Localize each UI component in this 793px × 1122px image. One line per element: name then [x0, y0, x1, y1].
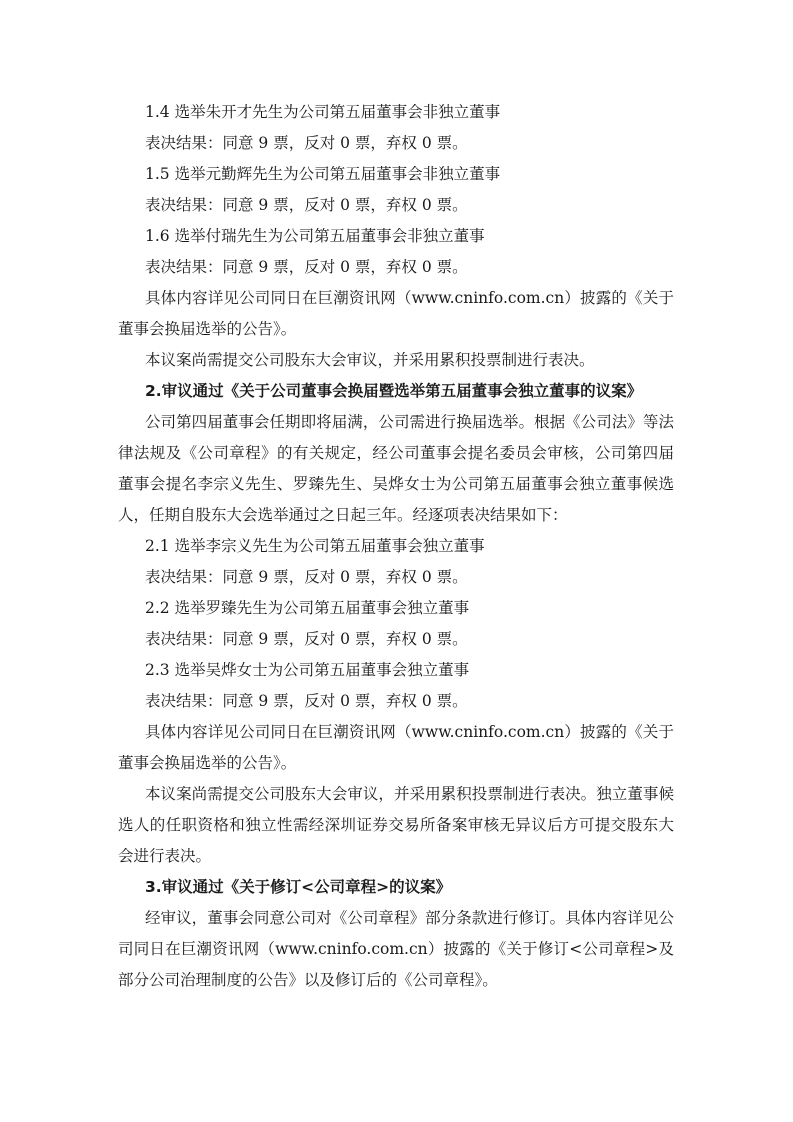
vote-result: 表决结果：同意 9 票，反对 0 票，弃权 0 票。	[118, 128, 674, 159]
vote-item: 2.1 选举李宗义先生为公司第五届董事会独立董事	[118, 531, 674, 562]
note-paragraph: 本议案尚需提交公司股东大会审议，并采用累积投票制进行表决。独立董事候选人的任职资…	[118, 779, 674, 872]
detail-paragraph: 具体内容详见公司同日在巨潮资讯网（www.cninfo.com.cn）披露的《关…	[118, 283, 674, 345]
vote-item: 1.6 选举付瑞先生为公司第五届董事会非独立董事	[118, 221, 674, 252]
vote-item: 2.2 选举罗臻先生为公司第五届董事会独立董事	[118, 593, 674, 624]
section-heading: 2.审议通过《关于公司董事会换届暨选举第五届董事会独立董事的议案》	[118, 376, 674, 407]
intro-paragraph: 公司第四届董事会任期即将届满，公司需进行换届选举。根据《公司法》等法律法规及《公…	[118, 407, 674, 531]
body-paragraph: 经审议，董事会同意公司对《公司章程》部分条款进行修订。具体内容详见公司同日在巨潮…	[118, 903, 674, 996]
detail-paragraph: 具体内容详见公司同日在巨潮资讯网（www.cninfo.com.cn）披露的《关…	[118, 717, 674, 779]
vote-result: 表决结果：同意 9 票，反对 0 票，弃权 0 票。	[118, 624, 674, 655]
vote-result: 表决结果：同意 9 票，反对 0 票，弃权 0 票。	[118, 562, 674, 593]
vote-item: 2.3 选举吴烨女士为公司第五届董事会独立董事	[118, 655, 674, 686]
vote-result: 表决结果：同意 9 票，反对 0 票，弃权 0 票。	[118, 252, 674, 283]
note-paragraph: 本议案尚需提交公司股东大会审议，并采用累积投票制进行表决。	[118, 345, 674, 376]
vote-result: 表决结果：同意 9 票，反对 0 票，弃权 0 票。	[118, 190, 674, 221]
vote-result: 表决结果：同意 9 票，反对 0 票，弃权 0 票。	[118, 686, 674, 717]
section-heading: 3.审议通过《关于修订<公司章程>的议案》	[118, 872, 674, 903]
vote-item: 1.4 选举朱开才先生为公司第五届董事会非独立董事	[118, 97, 674, 128]
document-page: 1.4 选举朱开才先生为公司第五届董事会非独立董事 表决结果：同意 9 票，反对…	[118, 97, 674, 996]
vote-item: 1.5 选举元勤辉先生为公司第五届董事会非独立董事	[118, 159, 674, 190]
